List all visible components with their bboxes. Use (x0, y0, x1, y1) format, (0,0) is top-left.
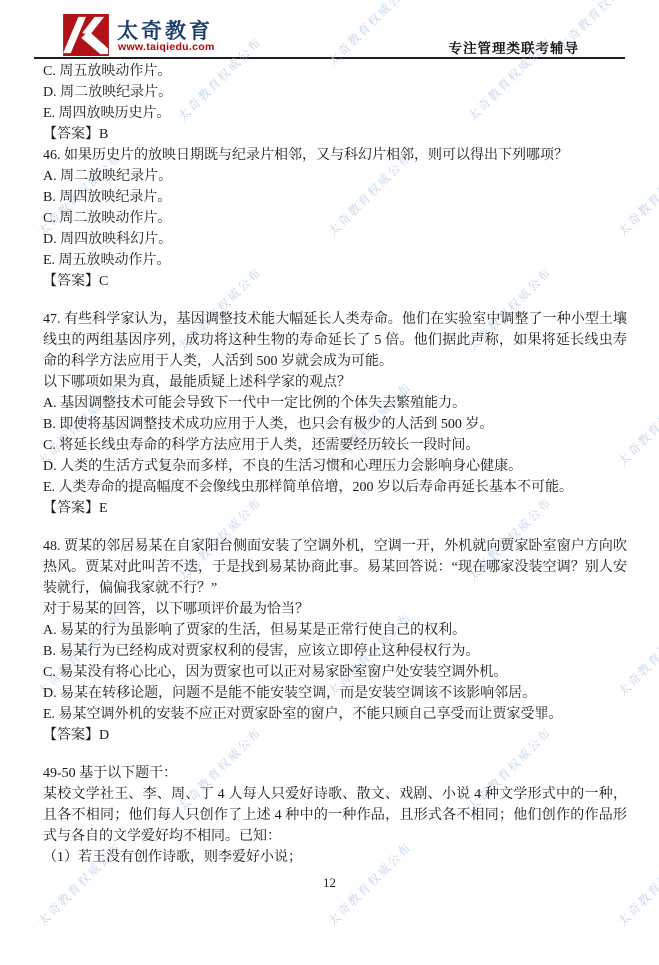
setup-stem: 某校文学社王、李、周、丁 4 人每人只爱好诗歌、散文、戏剧、小说 4 种文学形式… (43, 784, 627, 847)
question-48: 48. 贾某的邻居易某在自家阳台侧面安装了空调外机，空调一开，外机就向贾家卧室窗… (43, 536, 627, 746)
condition-1: （1）若王没有创作诗歌，则李爱好小说； (43, 847, 627, 868)
option-e: E. 周五放映动作片。 (43, 250, 627, 271)
question-49-50-setup: 49-50 基于以下题干： 某校文学社王、李、周、丁 4 人每人只爱好诗歌、散文… (43, 763, 627, 868)
watermark-text: 太奇教育权威公布 (324, 0, 415, 70)
answer-line: 【答案】D (43, 725, 627, 746)
option-a: A. 周二放映纪录片。 (43, 166, 627, 187)
answer-line: 【答案】B (43, 124, 627, 145)
setup-title: 49-50 基于以下题干： (43, 763, 627, 784)
option-e: E. 周四放映历史片。 (43, 103, 627, 124)
option-e: E. 人类寿命的提高幅度不会像线虫那样简单倍增，200 岁以后寿命再延长基本不可… (43, 477, 627, 498)
question-prompt: 对于易某的回答，以下哪项评价最为恰当？ (43, 599, 627, 620)
option-d: D. 周四放映科幻片。 (43, 229, 627, 250)
option-d: D. 易某在转移论题，问题不是能不能安装空调，而是安装空调该不该影响邻居。 (43, 683, 627, 704)
option-b: B. 周四放映纪录片。 (43, 187, 627, 208)
question-prompt: 以下哪项如果为真，最能质疑上述科学家的观点？ (43, 372, 627, 393)
question-45-tail: C. 周五放映动作片。 D. 周二放映纪录片。 E. 周四放映历史片。 【答案】… (43, 61, 627, 145)
option-d: D. 人类的生活方式复杂而多样，不良的生活习惯和心理压力会影响身心健康。 (43, 456, 627, 477)
option-c: C. 将延长线虫寿命的科学方法应用于人类，还需要经历较长一段时间。 (43, 435, 627, 456)
question-stem: 47. 有些科学家认为，基因调整技术能大幅延长人类寿命。他们在实验室中调整了一种… (43, 309, 627, 372)
page-number: 12 (0, 875, 659, 891)
header-divider (34, 57, 625, 59)
question-47: 47. 有些科学家认为，基因调整技术能大幅延长人类寿命。他们在实验室中调整了一种… (43, 309, 627, 519)
taiqi-logo-icon (63, 14, 109, 56)
document-content: C. 周五放映动作片。 D. 周二放映纪录片。 E. 周四放映历史片。 【答案】… (43, 61, 627, 868)
question-stem: 48. 贾某的邻居易某在自家阳台侧面安装了空调外机，空调一开，外机就向贾家卧室窗… (43, 536, 627, 599)
question-stem: 46. 如果历史片的放映日期既与纪录片相邻，又与科幻片相邻，则可以得出下列哪项？ (43, 145, 627, 166)
option-d: D. 周二放映纪录片。 (43, 82, 627, 103)
document-page: 太奇教育权威公布 太奇教育权威公布 太奇教育权威公布 太奇教育权威公布 太奇教育… (0, 0, 659, 965)
brand-website: www.taiqiedu.com (118, 41, 215, 53)
option-c: C. 易某没有将心比心，因为贾家也可以正对易家卧室窗户处安装空调外机。 (43, 662, 627, 683)
option-c: C. 周五放映动作片。 (43, 61, 627, 82)
option-b: B. 易某行为已经构成对贾家权利的侵害，应该立即停止这种侵权行为。 (43, 641, 627, 662)
option-e: E. 易某空调外机的安装不应正对贾家卧室的窗户，不能只顾自己享受而让贾家受罪。 (43, 704, 627, 725)
question-46: 46. 如果历史片的放映日期既与纪录片相邻，又与科幻片相邻，则可以得出下列哪项？… (43, 145, 627, 292)
option-a: A. 基因调整技术可能会导致下一代中一定比例的个体失去繁殖能力。 (43, 393, 627, 414)
answer-line: 【答案】C (43, 271, 627, 292)
option-a: A. 易某的行为虽影响了贾家的生活，但易某是正常行使自己的权利。 (43, 620, 627, 641)
answer-line: 【答案】E (43, 498, 627, 519)
option-b: B. 即使将基因调整技术成功应用于人类，也只会有极少的人活到 500 岁。 (43, 414, 627, 435)
header-tagline: 专注管理类联考辅导 (449, 37, 580, 57)
option-c: C. 周二放映动作片。 (43, 208, 627, 229)
